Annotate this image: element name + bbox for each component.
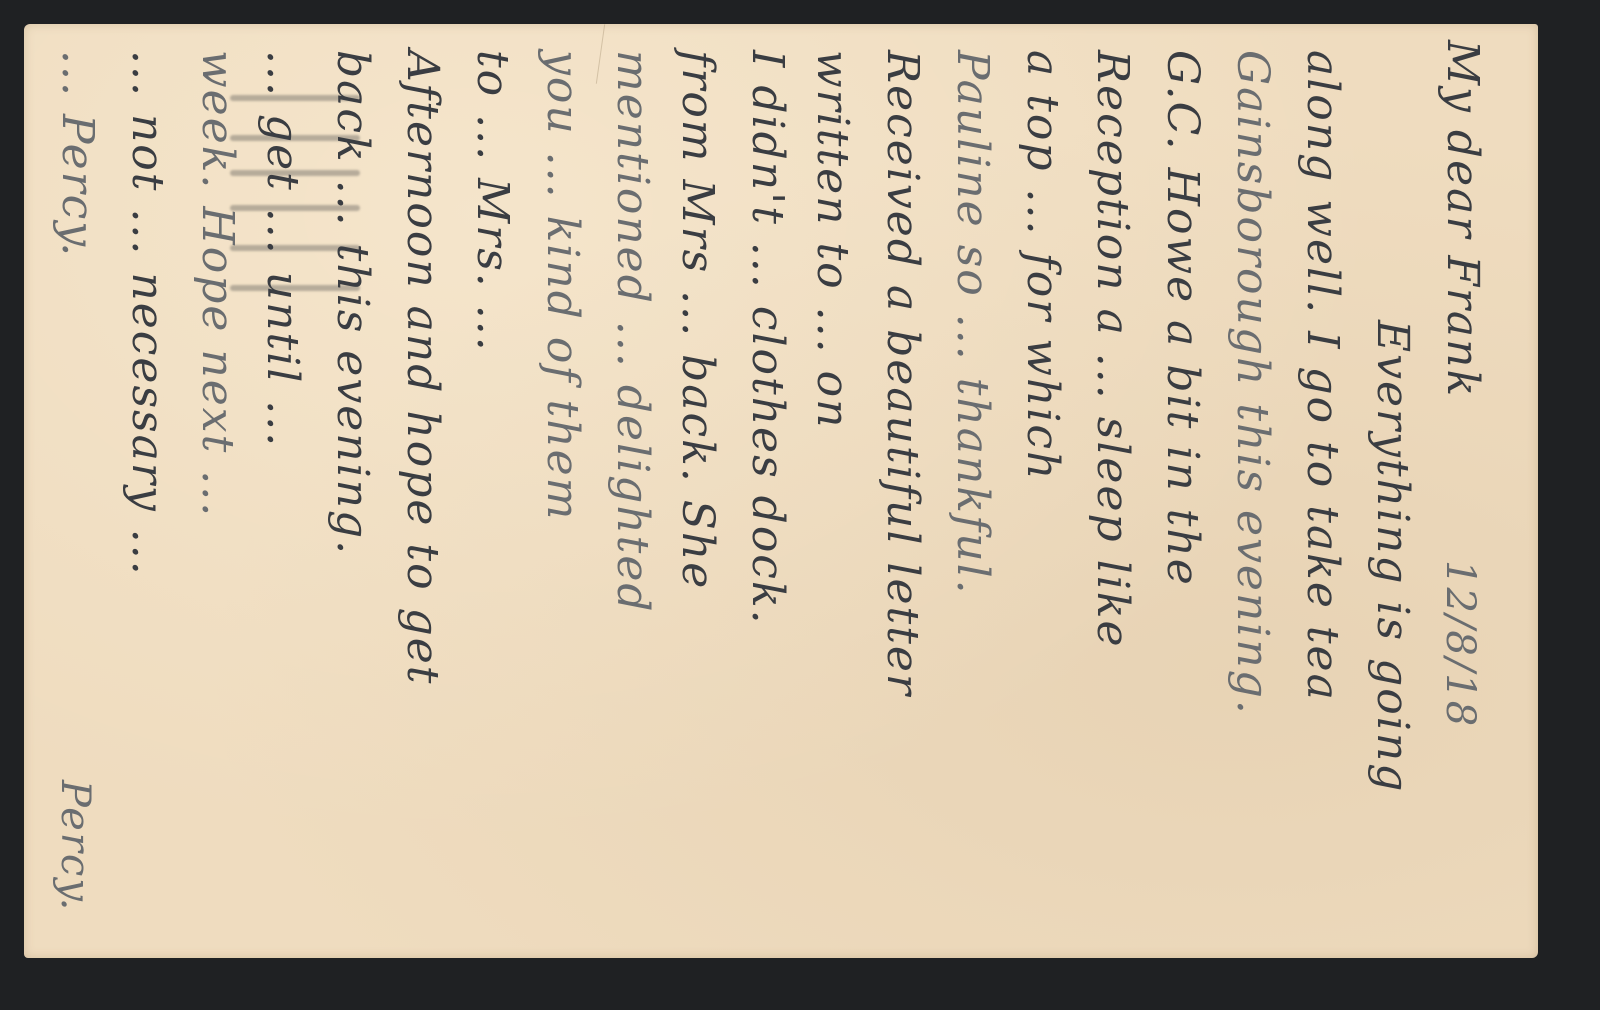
- salutation: My dear Frank: [1440, 40, 1484, 398]
- letter-line: Reception a ... sleep like: [1090, 50, 1134, 648]
- letter-line: you ... kind of them: [540, 50, 584, 521]
- letter-line: ... Percy.: [55, 50, 99, 258]
- letter-line: week. Hope next ...: [195, 50, 239, 518]
- letter-line: Everything is going: [1370, 320, 1414, 793]
- letter-line: Pauline so ... thankful.: [950, 50, 994, 596]
- letter-line: I didn't ... clothes dock.: [745, 50, 789, 626]
- signature: Percy.: [55, 780, 95, 912]
- date: 12/8/18: [1440, 560, 1480, 728]
- letter-line: Gainsborough this evening.: [1230, 50, 1274, 716]
- letter-line: G.C. Howe a bit in the: [1160, 50, 1204, 587]
- letter-line: Received a beautiful letter: [880, 50, 924, 697]
- letter-line: back ... this evening.: [330, 50, 374, 556]
- letter-line: along well. I go to take tea: [1300, 50, 1344, 702]
- letter-line: written to ... on: [810, 50, 854, 429]
- letter-line: ... get ... until ...: [260, 50, 304, 448]
- letter-line: a top ... for which: [1020, 50, 1064, 481]
- letter-line: ... not ... necessary ...: [125, 50, 169, 577]
- letter-line: Afternoon and hope to get: [400, 50, 444, 685]
- letter-line: from Mrs ... back. She: [675, 50, 719, 590]
- letter-line: mentioned ... delighted: [610, 50, 654, 614]
- letter-line: to ... Mrs. ...: [470, 50, 514, 353]
